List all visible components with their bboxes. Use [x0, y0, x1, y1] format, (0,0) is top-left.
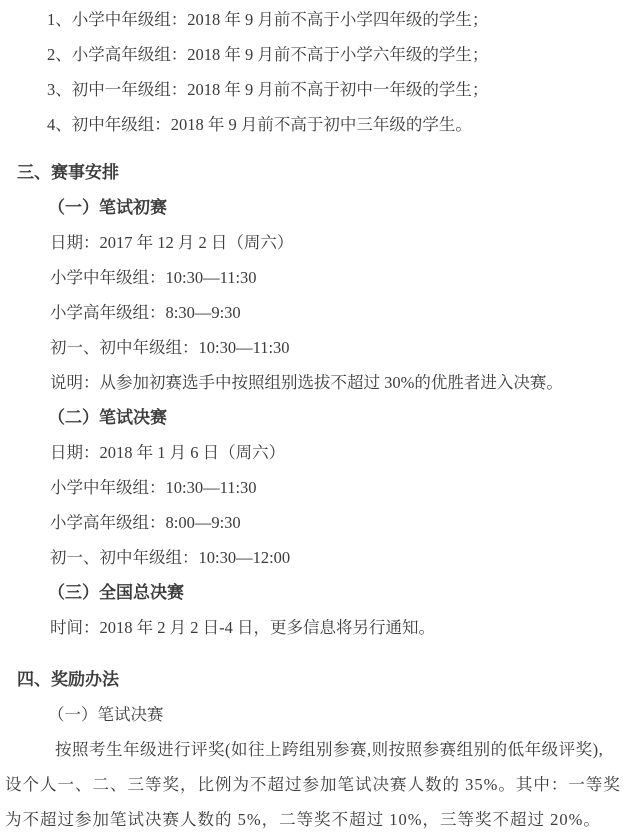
subsection-heading-national-finals: （三）全国总决赛 [0, 575, 640, 610]
text-line-group-time: 小学中年级组：10:30—11:30 [0, 260, 640, 295]
text-line-time: 时间：2018 年 2 月 2 日-4 日，更多信息将另行通知。 [0, 610, 640, 645]
text-line-date: 日期：2017 年 12 月 2 日（周六） [0, 225, 640, 260]
section-heading-awards: 四、奖励办法 [0, 662, 640, 697]
subsection-heading-preliminary-written-test: （一）笔试初赛 [0, 190, 640, 225]
subsection-heading-awards-final-written-test: （一）笔试决赛 [0, 697, 640, 732]
text-line-note: 说明：从参加初赛选手中按照组别选拔不超过 30%的优胜者进入决赛。 [0, 365, 640, 400]
paragraph-line: 为不超过参加笔试决赛人数的 5%，二等奖不超过 10%，三等奖不超过 20%。 [0, 802, 640, 837]
document-page: 1、小学中年级组：2018 年 9 月前不高于小学四年级的学生； 2、小学高年级… [0, 0, 640, 837]
text-line-date: 日期：2018 年 1 月 6 日（周六） [0, 435, 640, 470]
text-line-group-time: 小学中年级组：10:30—11:30 [0, 470, 640, 505]
list-item: 2、小学高年级组：2018 年 9 月前不高于小学六年级的学生； [0, 37, 640, 72]
text-line-group-time: 小学高年级组：8:00—9:30 [0, 505, 640, 540]
paragraph-line: 按照考生年级进行评奖(如往上跨组别参赛,则按照参赛组别的低年级评奖), [0, 732, 640, 767]
list-item: 1、小学中年级组：2018 年 9 月前不高于小学四年级的学生； [0, 2, 640, 37]
paragraph-line: 设个人一、二、三等奖，比例为不超过参加笔试决赛人数的 35%。其中：一等奖 [0, 767, 640, 802]
list-item: 3、初中一年级组：2018 年 9 月前不高于初中一年级的学生； [0, 72, 640, 107]
text-line-group-time: 小学高年级组：8:30—9:30 [0, 295, 640, 330]
list-item: 4、初中年级组：2018 年 9 月前不高于初中三年级的学生。 [0, 107, 640, 142]
text-line-group-time: 初一、初中年级组：10:30—12:00 [0, 540, 640, 575]
section-heading-event-schedule: 三、赛事安排 [0, 155, 640, 190]
subsection-heading-final-written-test: （二）笔试决赛 [0, 400, 640, 435]
text-line-group-time: 初一、初中年级组：10:30—11:30 [0, 330, 640, 365]
